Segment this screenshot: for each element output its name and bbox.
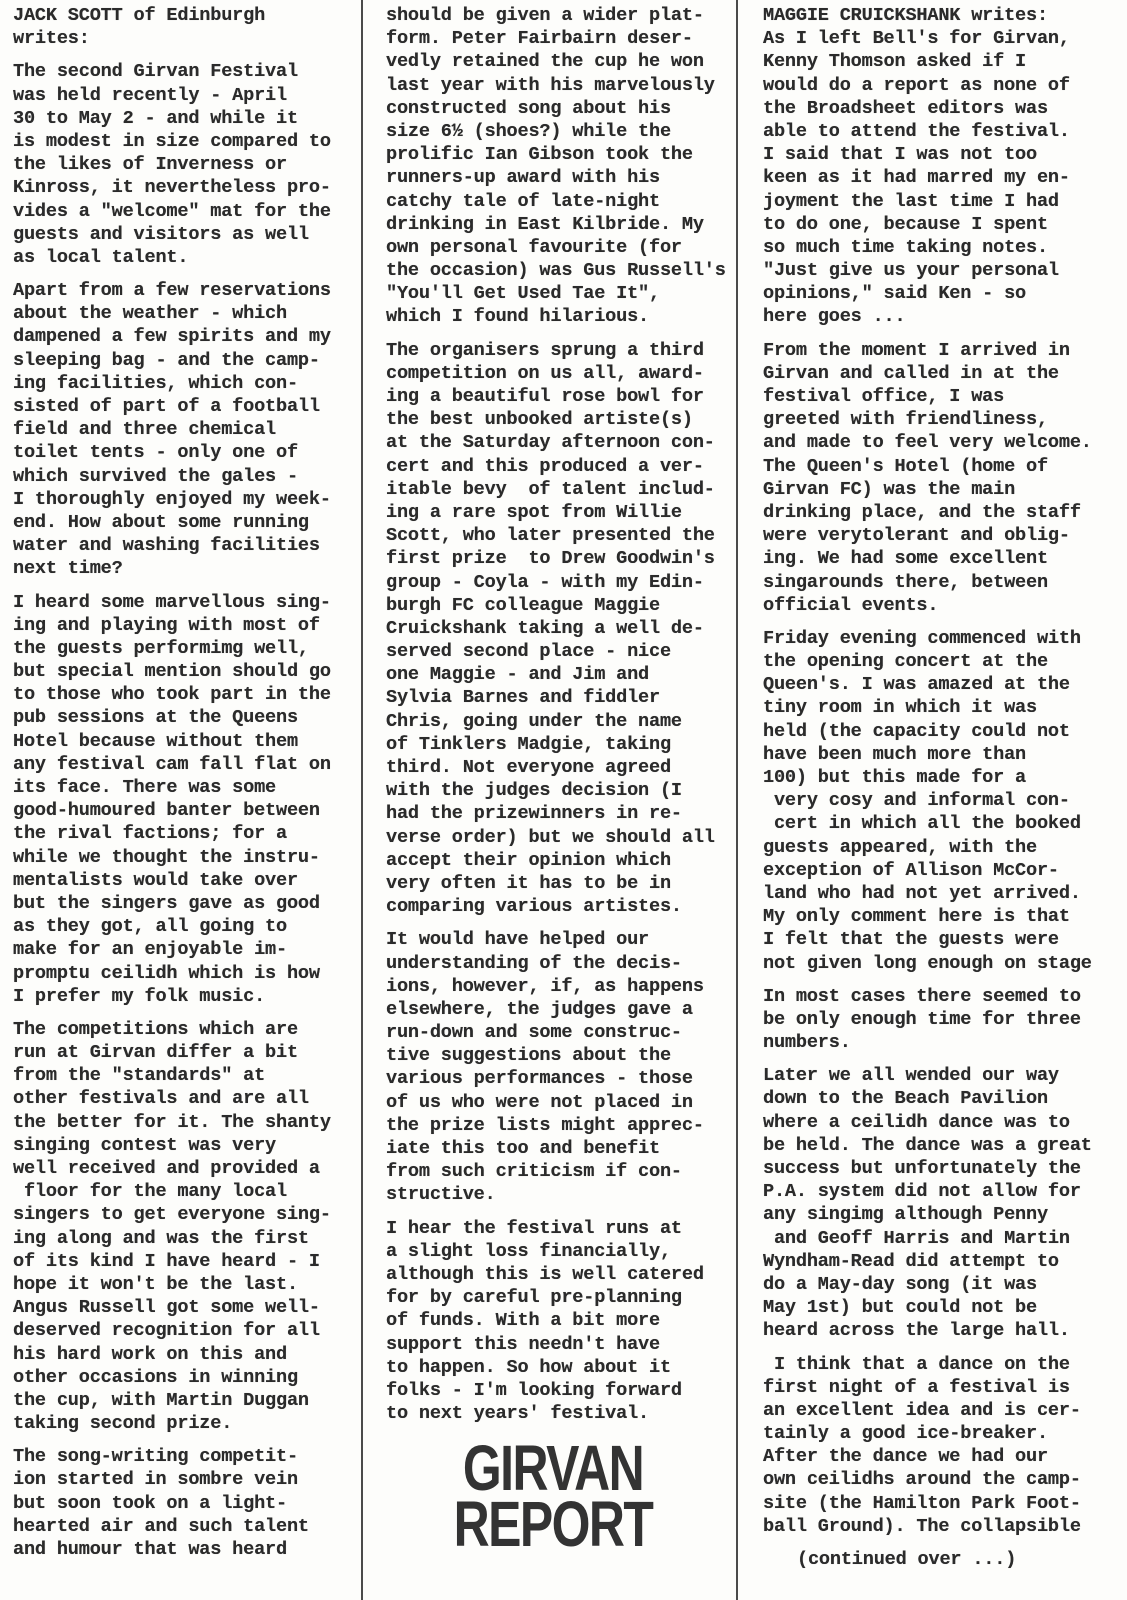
text-line: JACK SCOTT of Edinburgh	[13, 4, 358, 27]
column-divider	[736, 0, 738, 1600]
text-line: I prefer my folk music.	[13, 985, 358, 1008]
text-line: joyment the last time I had	[763, 190, 1127, 213]
text-line: writes:	[13, 27, 358, 50]
text-line: good-humoured banter between	[13, 799, 358, 822]
text-line: group - Coyla - with my Edin-	[386, 571, 736, 594]
text-line: hope it won't be the last.	[13, 1273, 358, 1296]
paragraph: It would have helped ourunderstanding of…	[386, 928, 736, 1206]
text-line: comparing various artistes.	[386, 895, 736, 918]
text-line: first prize to Drew Goodwin's	[386, 547, 736, 570]
text-line: as local talent.	[13, 246, 358, 269]
text-line: be only enough time for three	[763, 1008, 1127, 1031]
text-line: festival office, I was	[763, 385, 1127, 408]
text-line: was held recently - April	[13, 84, 358, 107]
text-line: to do one, because I spent	[763, 213, 1127, 236]
text-line: "Just give us your personal	[763, 259, 1127, 282]
text-line: Apart from a few reservations	[13, 279, 358, 302]
text-line: Girvan FC) was the main	[763, 478, 1127, 501]
text-line: heard across the large hall.	[763, 1319, 1127, 1342]
text-line: ing a beautiful rose bowl for	[386, 385, 736, 408]
text-line: Scott, who later presented the	[386, 524, 736, 547]
paragraph: The organisers sprung a thirdcompetition…	[386, 339, 736, 919]
text-line: land who had not yet arrived.	[763, 882, 1127, 905]
text-line: of funds. With a bit more	[386, 1309, 736, 1332]
text-line: Girvan and called in at the	[763, 362, 1127, 385]
text-line: ing along and was the first	[13, 1227, 358, 1250]
text-line: the occasion) was Gus Russell's	[386, 259, 736, 282]
headline-girvan-report: GIRVAN REPORT	[410, 1440, 695, 1552]
text-line: cert and this produced a ver-	[386, 455, 736, 478]
text-line: tive suggestions about the	[386, 1044, 736, 1067]
text-line: although this is well catered	[386, 1263, 736, 1286]
text-line: It would have helped our	[386, 928, 736, 951]
text-line: were verytolerant and oblig-	[763, 524, 1127, 547]
text-line: cert in which all the booked	[763, 812, 1127, 835]
text-line: site (the Hamilton Park Foot-	[763, 1492, 1127, 1515]
text-line: served second place - nice	[386, 640, 736, 663]
text-line: held (the capacity could not	[763, 720, 1127, 743]
paragraph: I think that a dance on thefirst night o…	[763, 1353, 1127, 1539]
text-line: field and three chemical	[13, 418, 358, 441]
text-line: As I left Bell's for Girvan,	[763, 27, 1127, 50]
text-line: tiny room in which it was	[763, 696, 1127, 719]
text-line: but the singers gave as good	[13, 892, 358, 915]
text-line: From the moment I arrived in	[763, 339, 1127, 362]
text-line: guests appeared, with the	[763, 836, 1127, 859]
text-line: mentalists would take over	[13, 869, 358, 892]
text-line: had the prizewinners in re-	[386, 802, 736, 825]
text-line: official events.	[763, 594, 1127, 617]
text-line: MAGGIE CRUICKSHANK writes:	[763, 4, 1127, 27]
text-line: My only comment here is that	[763, 905, 1127, 928]
text-line: keen as it had marred my en-	[763, 166, 1127, 189]
text-line: structive.	[386, 1183, 736, 1206]
text-line: at the Saturday afternoon con-	[386, 431, 736, 454]
paragraph: JACK SCOTT of Edinburghwrites:	[13, 4, 358, 50]
text-line: Angus Russell got some well-	[13, 1296, 358, 1319]
text-line: I heard some marvellous sing-	[13, 591, 358, 614]
text-line: P.A. system did not allow for	[763, 1180, 1127, 1203]
text-line: floor for the many local	[13, 1180, 358, 1203]
text-line: numbers.	[763, 1031, 1127, 1054]
text-line: do a May-day song (it was	[763, 1273, 1127, 1296]
article-column-maggie-cruickshank: MAGGIE CRUICKSHANK writes:As I left Bell…	[763, 4, 1127, 1571]
text-line: iate this too and benefit	[386, 1137, 736, 1160]
text-line: to happen. So how about it	[386, 1356, 736, 1379]
text-line: singers to get everyone sing-	[13, 1203, 358, 1226]
continued-note: (continued over ...)	[763, 1548, 1127, 1571]
text-line: ing and playing with most of	[13, 614, 358, 637]
text-line: competition on us all, award-	[386, 362, 736, 385]
text-line: for by careful pre-planning	[386, 1286, 736, 1309]
text-line: run at Girvan differ a bit	[13, 1041, 358, 1064]
text-line: toilet tents - only one of	[13, 441, 358, 464]
text-line: and Geoff Harris and Martin	[763, 1227, 1127, 1250]
paragraph: The song-writing competit-ion started in…	[13, 1445, 358, 1561]
text-line: from the "standards" at	[13, 1064, 358, 1087]
text-line: where a ceilidh dance was to	[763, 1111, 1127, 1134]
text-line: hearted air and such talent	[13, 1515, 358, 1538]
text-line: sisted of part of a football	[13, 395, 358, 418]
text-line: 30 to May 2 - and while it	[13, 107, 358, 130]
text-line: but special mention should go	[13, 660, 358, 683]
text-line: own personal favourite (for	[386, 236, 736, 259]
paragraph: The second Girvan Festivalwas held recen…	[13, 60, 358, 269]
text-line: runners-up award with his	[386, 166, 736, 189]
text-line: his hard work on this and	[13, 1343, 358, 1366]
text-line: Friday evening commenced with	[763, 627, 1127, 650]
text-line: Cruickshank taking a well de-	[386, 617, 736, 640]
text-line: is modest in size compared to	[13, 130, 358, 153]
text-line: be held. The dance was a great	[763, 1134, 1127, 1157]
text-line: drinking in East Kilbride. My	[386, 213, 736, 236]
text-line: make for an enjoyable im-	[13, 938, 358, 961]
text-line: the Broadsheet editors was	[763, 97, 1127, 120]
text-line: dampened a few spirits and my	[13, 325, 358, 348]
text-line: I thoroughly enjoyed my week-	[13, 488, 358, 511]
text-line: burgh FC colleague Maggie	[386, 594, 736, 617]
paragraph: should be given a wider plat-form. Peter…	[386, 4, 736, 329]
text-line: other festivals and are all	[13, 1087, 358, 1110]
text-line: deserved recognition for all	[13, 1319, 358, 1342]
text-line: have been much more than	[763, 743, 1127, 766]
text-line: the cup, with Martin Duggan	[13, 1389, 358, 1412]
text-line: third. Not everyone agreed	[386, 756, 736, 779]
text-line: its face. There was some	[13, 776, 358, 799]
text-line: should be given a wider plat-	[386, 4, 736, 27]
text-line: as they got, all going to	[13, 915, 358, 938]
newsletter-page: JACK SCOTT of Edinburghwrites:The second…	[0, 0, 1127, 1600]
text-line: water and washing facilities	[13, 534, 358, 557]
text-line: of its kind I have heard - I	[13, 1250, 358, 1273]
text-line: The organisers sprung a third	[386, 339, 736, 362]
text-line: Queen's. I was amazed at the	[763, 673, 1127, 696]
text-line: to those who took part in the	[13, 683, 358, 706]
text-line: the opening concert at the	[763, 650, 1127, 673]
text-line: here goes ...	[763, 305, 1127, 328]
text-line: elsewhere, the judges gave a	[386, 998, 736, 1021]
paragraph: Friday evening commenced withthe opening…	[763, 627, 1127, 975]
text-line: itable bevy of talent includ-	[386, 478, 736, 501]
text-line: and made to feel very welcome.	[763, 431, 1127, 454]
text-line: prolific Ian Gibson took the	[386, 143, 736, 166]
text-line: which survived the gales -	[13, 465, 358, 488]
text-line: sleeping bag - and the camp-	[13, 349, 358, 372]
text-line: the best unbooked artiste(s)	[386, 408, 736, 431]
text-line: tainly a good ice-breaker.	[763, 1422, 1127, 1445]
text-line: ing. We had some excellent	[763, 547, 1127, 570]
text-line: very cosy and informal con-	[763, 789, 1127, 812]
text-line: any festival cam fall flat on	[13, 753, 358, 776]
text-line: the better for it. The shanty	[13, 1111, 358, 1134]
text-line: ion started in sombre vein	[13, 1468, 358, 1491]
text-line: The second Girvan Festival	[13, 60, 358, 83]
text-line: which I found hilarious.	[386, 305, 736, 328]
text-line: the prize lists might apprec-	[386, 1114, 736, 1137]
text-line: own ceilidhs around the camp-	[763, 1468, 1127, 1491]
text-line: one Maggie - and Jim and	[386, 663, 736, 686]
text-line: first night of a festival is	[763, 1376, 1127, 1399]
text-line: support this needn't have	[386, 1333, 736, 1356]
text-line: with the judges decision (I	[386, 779, 736, 802]
article-column-continued: should be given a wider plat-form. Peter…	[386, 4, 736, 1435]
text-line: able to attend the festival.	[763, 120, 1127, 143]
text-line: would do a report as none of	[763, 74, 1127, 97]
text-line: taking second prize.	[13, 1412, 358, 1435]
text-line: and humour that was heard	[13, 1538, 358, 1561]
text-line: of Tinklers Madgie, taking	[386, 733, 736, 756]
text-line: Kinross, it nevertheless pro-	[13, 176, 358, 199]
paragraph: Apart from a few reservationsabout the w…	[13, 279, 358, 580]
text-line: vides a "welcome" mat for the	[13, 200, 358, 223]
column-divider	[361, 0, 363, 1600]
text-line: catchy tale of late-night	[386, 190, 736, 213]
text-line: a slight loss financially,	[386, 1240, 736, 1263]
text-line: singing contest was very	[13, 1134, 358, 1157]
text-line: constructed song about his	[386, 97, 736, 120]
text-line: from such criticism if con-	[386, 1160, 736, 1183]
text-line: Chris, going under the name	[386, 710, 736, 733]
text-line: form. Peter Fairbairn deser-	[386, 27, 736, 50]
text-line: I felt that the guests were	[763, 928, 1127, 951]
text-line: down to the Beach Pavilion	[763, 1087, 1127, 1110]
paragraph: MAGGIE CRUICKSHANK writes:As I left Bell…	[763, 4, 1127, 329]
text-line: very often it has to be in	[386, 872, 736, 895]
text-line: accept their opinion which	[386, 849, 736, 872]
text-line: success but unfortunately the	[763, 1157, 1127, 1180]
text-line: but soon took on a light-	[13, 1492, 358, 1515]
text-line: The song-writing competit-	[13, 1445, 358, 1468]
text-line: the likes of Inverness or	[13, 153, 358, 176]
text-line: the guests performimg well,	[13, 637, 358, 660]
text-line: last year with his marvelously	[386, 74, 736, 97]
text-line: while we thought the instru-	[13, 846, 358, 869]
text-line: so much time taking notes.	[763, 236, 1127, 259]
text-line: ing facilities, which con-	[13, 372, 358, 395]
text-line: end. How about some running	[13, 511, 358, 534]
text-line: exception of Allison McCor-	[763, 859, 1127, 882]
text-line: ing a rare spot from Willie	[386, 501, 736, 524]
text-line: folks - I'm looking forward	[386, 1379, 736, 1402]
text-line: May 1st) but could not be	[763, 1296, 1127, 1319]
article-column-jack-scott: JACK SCOTT of Edinburghwrites:The second…	[13, 4, 358, 1571]
text-line: In most cases there seemed to	[763, 985, 1127, 1008]
text-line: ball Ground). The collapsible	[763, 1515, 1127, 1538]
text-line: to next years' festival.	[386, 1402, 736, 1425]
text-line: the rival factions; for a	[13, 822, 358, 845]
paragraph: I heard some marvellous sing-ing and pla…	[13, 591, 358, 1008]
text-line: "You'll Get Used Tae It",	[386, 282, 736, 305]
headline-line-2: REPORT	[410, 1496, 695, 1552]
paragraph: The competitions which arerun at Girvan …	[13, 1018, 358, 1435]
text-line: singarounds there, between	[763, 571, 1127, 594]
text-line: of us who were not placed in	[386, 1091, 736, 1114]
text-line: size 6½ (shoes?) while the	[386, 120, 736, 143]
text-line: The Queen's Hotel (home of	[763, 455, 1127, 478]
paragraph: I hear the festival runs ata slight loss…	[386, 1217, 736, 1426]
text-line: vedly retained the cup he won	[386, 50, 736, 73]
text-line: I think that a dance on the	[763, 1353, 1127, 1376]
text-line: drinking place, and the staff	[763, 501, 1127, 524]
text-line: about the weather - which	[13, 302, 358, 325]
text-line: 100) but this made for a	[763, 766, 1127, 789]
paragraph: In most cases there seemed tobe only eno…	[763, 985, 1127, 1055]
text-line: ions, however, if, as happens	[386, 975, 736, 998]
text-line: The competitions which are	[13, 1018, 358, 1041]
paragraph: Later we all wended our waydown to the B…	[763, 1064, 1127, 1342]
text-line: any singimg although Penny	[763, 1203, 1127, 1226]
text-line: Wyndham-Read did attempt to	[763, 1250, 1127, 1273]
text-line: understanding of the decis-	[386, 952, 736, 975]
paragraph: From the moment I arrived inGirvan and c…	[763, 339, 1127, 617]
text-line: Kenny Thomson asked if I	[763, 50, 1127, 73]
text-line: various performances - those	[386, 1067, 736, 1090]
text-line: verse order) but we should all	[386, 826, 736, 849]
text-line: well received and provided a	[13, 1157, 358, 1180]
text-line: I said that I was not too	[763, 143, 1127, 166]
text-line: promptu ceilidh which is how	[13, 962, 358, 985]
text-line: guests and visitors as well	[13, 223, 358, 246]
text-line: Sylvia Barnes and fiddler	[386, 686, 736, 709]
text-line: an excellent idea and is cer-	[763, 1399, 1127, 1422]
text-line: next time?	[13, 557, 358, 580]
text-line: Later we all wended our way	[763, 1064, 1127, 1087]
text-line: pub sessions at the Queens	[13, 706, 358, 729]
text-line: I hear the festival runs at	[386, 1217, 736, 1240]
text-line: Hotel because without them	[13, 730, 358, 753]
text-line: run-down and some construc-	[386, 1021, 736, 1044]
text-line: opinions," said Ken - so	[763, 282, 1127, 305]
text-line: greeted with friendliness,	[763, 408, 1127, 431]
text-line: other occasions in winning	[13, 1366, 358, 1389]
text-line: not given long enough on stage	[763, 952, 1127, 975]
text-line: After the dance we had our	[763, 1445, 1127, 1468]
